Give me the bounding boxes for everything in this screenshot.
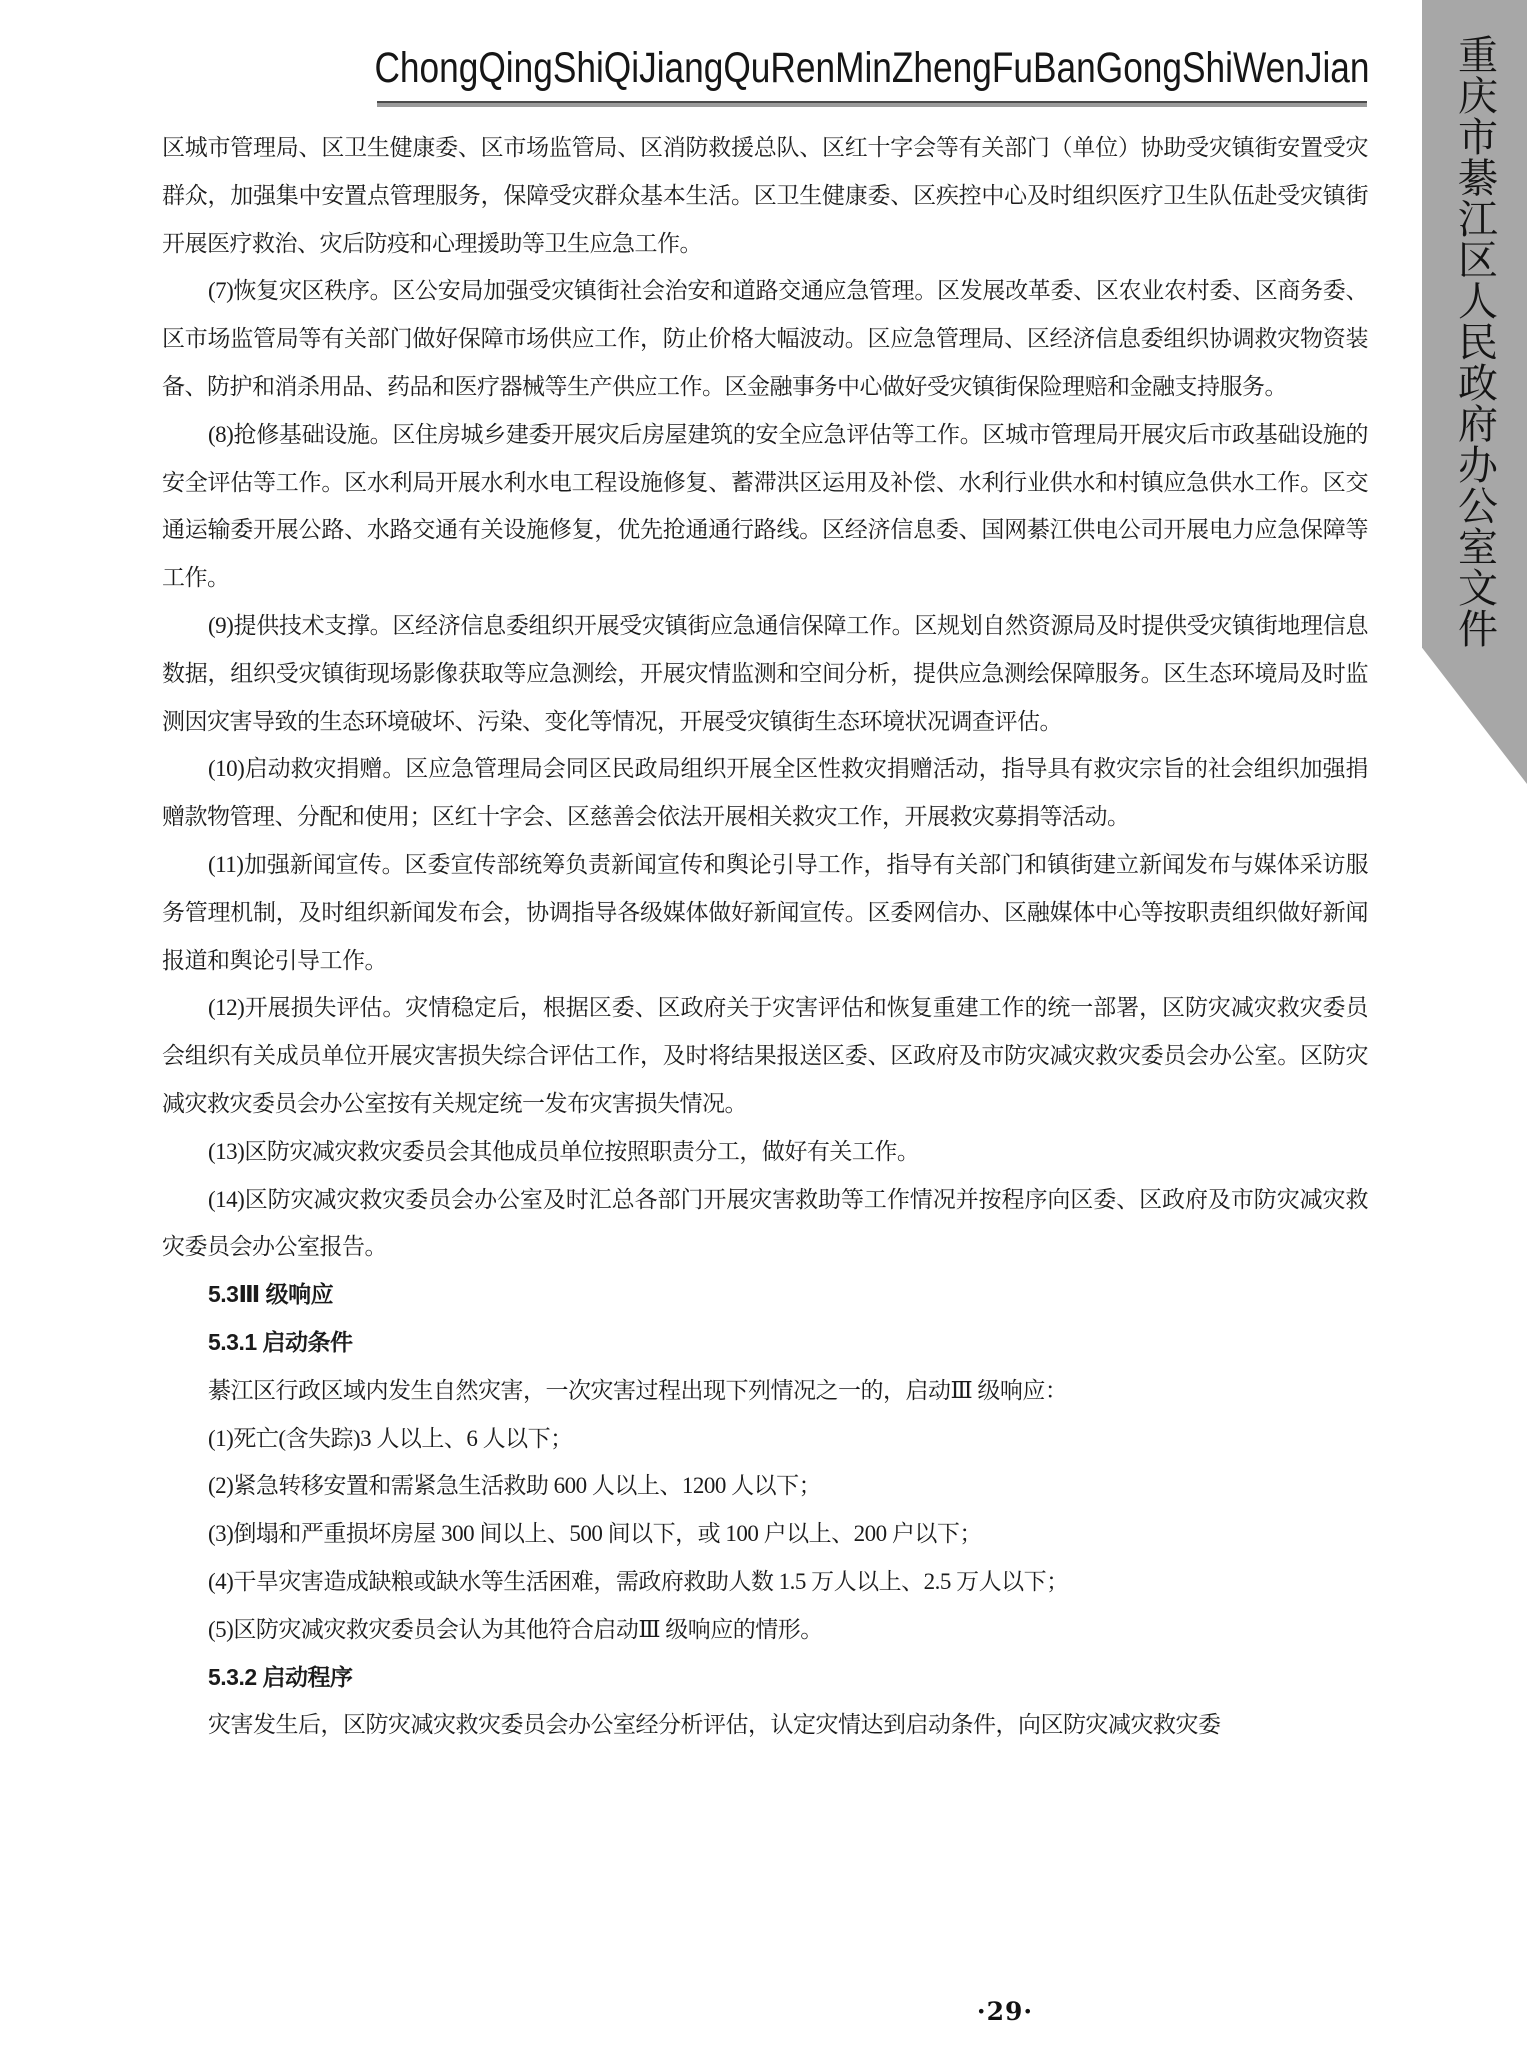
body-paragraph: 灾害发生后，区防灾减灾救灾委员会办公室经分析评估，认定灾情达到启动条件，向区防灾…: [162, 1701, 1368, 1749]
body-paragraph: (13)区防灾减灾救灾委员会其他成员单位按照职责分工，做好有关工作。: [162, 1128, 1368, 1176]
body-paragraph: (5)区防灾减灾救灾委员会认为其他符合启动Ⅲ 级响应的情形。: [162, 1606, 1368, 1654]
document-page: ChongQingShiQiJiangQuRenMinZhengFuBanGon…: [0, 0, 1530, 2062]
body-paragraph: (10)启动救灾捐赠。区应急管理局会同区民政局组织开展全区性救灾捐赠活动，指导具…: [162, 745, 1368, 841]
vertical-ribbon: 重庆市綦江区人民政府办公室文件: [1422, 0, 1527, 784]
body-paragraph: (2)紧急转移安置和需紧急生活救助 600 人以上、1200 人以下；: [162, 1462, 1368, 1510]
body-paragraph: (14)区防灾减灾救灾委员会办公室及时汇总各部门开展灾害救助等工作情况并按程序向…: [162, 1176, 1368, 1272]
body-paragraph: 区城市管理局、区卫生健康委、区市场监管局、区消防救援总队、区红十字会等有关部门（…: [162, 124, 1368, 267]
body-paragraph: (11)加强新闻宣传。区委宣传部统筹负责新闻宣传和舆论引导工作，指导有关部门和镇…: [162, 841, 1368, 984]
body-paragraph: (12)开展损失评估。灾情稳定后，根据区委、区政府关于灾害评估和恢复重建工作的统…: [162, 984, 1368, 1127]
body-paragraph: (4)干旱灾害造成缺粮或缺水等生活困难，需政府救助人数 1.5 万人以上、2.5…: [162, 1558, 1368, 1606]
header-pinyin-title: ChongQingShiQiJiangQuRenMinZhengFuBanGon…: [466, 40, 1278, 96]
page-number: ·29·: [960, 1997, 1050, 2026]
section-heading: 5.3.2 启动程序: [162, 1654, 1368, 1702]
body-paragraph: (1)死亡(含失踪)3 人以上、6 人以下；: [162, 1415, 1368, 1463]
body-paragraph: 綦江区行政区域内发生自然灾害，一次灾害过程出现下列情况之一的，启动Ⅲ 级响应：: [162, 1367, 1368, 1415]
body-paragraph: (7)恢复灾区秩序。区公安局加强受灾镇街社会治安和道路交通应急管理。区发展改革委…: [162, 267, 1368, 410]
section-heading: 5.3.1 启动条件: [162, 1319, 1368, 1367]
body-paragraph: (8)抢修基础设施。区住房城乡建委开展灾后房屋建筑的安全应急评估等工作。区城市管…: [162, 411, 1368, 602]
body-paragraph: (3)倒塌和严重损坏房屋 300 间以上、500 间以下，或 100 户以上、2…: [162, 1510, 1368, 1558]
section-heading: 5.3Ⅲ 级响应: [162, 1271, 1368, 1319]
document-body: 区城市管理局、区卫生健康委、区市场监管局、区消防救援总队、区红十字会等有关部门（…: [162, 124, 1368, 1749]
body-paragraph: (9)提供技术支撑。区经济信息委组织开展受灾镇街应急通信保障工作。区规划自然资源…: [162, 602, 1368, 745]
ribbon-vertical-title: 重庆市綦江区人民政府办公室文件: [1455, 34, 1495, 649]
header-rule: [377, 101, 1367, 107]
